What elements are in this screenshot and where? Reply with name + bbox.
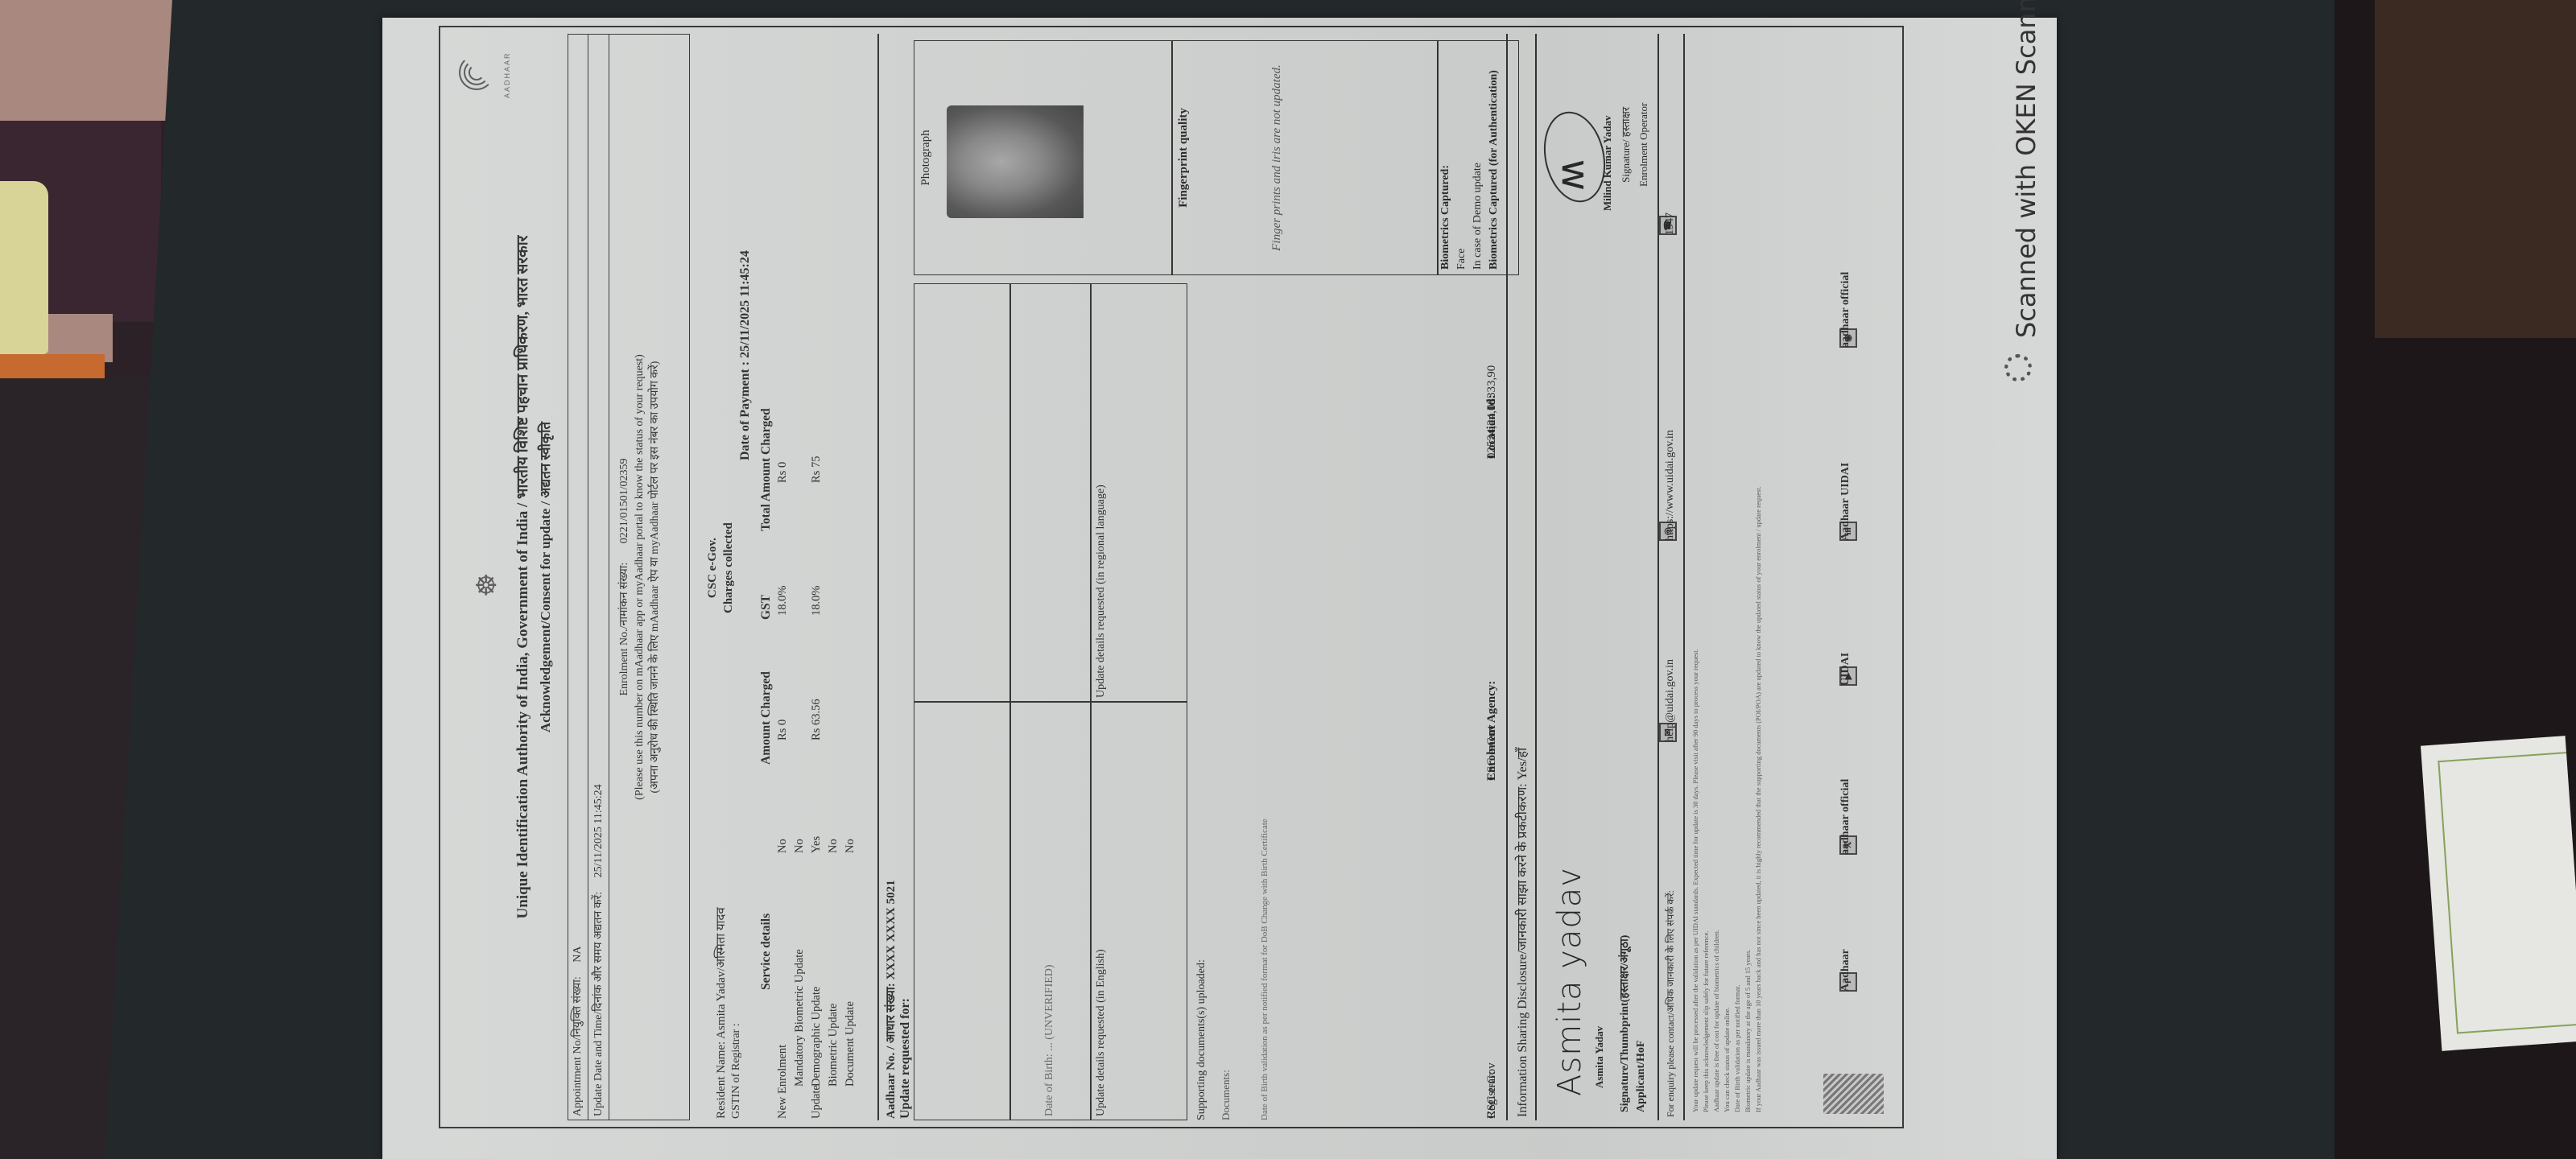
operator-signature-mark: ʍ (1548, 159, 1593, 191)
enrolment-number: 0221/01501/02359 (618, 458, 630, 543)
cell-service: New Enrolment (776, 1045, 790, 1119)
background-object (0, 354, 105, 378)
enrolment-note-hi: (अपना अनुरोध की स्थिति जानने के लिए mAad… (647, 35, 663, 1120)
qr-code (1823, 1074, 1884, 1114)
charges-heading: CSC e-Gov. Charges collected (704, 522, 737, 613)
supporting-docs-label: Supporting documents(s) uploaded: (1195, 959, 1208, 1120)
update-requested-for: Update requested for: (898, 998, 913, 1119)
fingerprint-quality-box: Fingerprint quality Finger prints and ir… (1171, 40, 1439, 275)
header-info-box: Appointment No/नियुक्ति संख्या: NA Updat… (568, 34, 690, 1120)
form-subtitle: Acknowledgement/Consent for update / अद्… (535, 26, 554, 1128)
scanned-document-page: ☸ AADHAAR Unique Identification Authorit… (382, 18, 2057, 1159)
operator-signature-block: ʍ Milind Kumar Yadav Signature/ हस्ताक्ष… (1537, 50, 1657, 235)
documents-label: Documents: (1220, 1070, 1232, 1120)
appointment-row: Appointment No/नियुक्ति संख्या: NA (568, 35, 588, 1120)
cell-selected: Yes (810, 836, 824, 853)
applicant-photo (947, 105, 1084, 218)
cell-selected: No (793, 839, 807, 853)
resident-name-row: Resident Name: Asmita Yadav/अस्मिता यादव (712, 907, 729, 1119)
update-details-grid: Date of Birth: ... (UNVERIFIED) Update d… (914, 283, 1437, 1120)
background-fabric (0, 0, 185, 121)
cell-selected: No (827, 839, 840, 853)
gstin-label: GSTIN of Registrar : (730, 1023, 743, 1119)
aadhaar-number: Aadhaar No. / आधार संख्या: XXXX XXXX 502… (882, 880, 898, 1119)
cell-group: Update (810, 1085, 824, 1119)
table-header-row: Service details Amount Charged GST Total… (759, 314, 776, 1119)
cell-service: Document Update (844, 1001, 857, 1087)
enrolment-block: Enrolment No./नामांकन संख्या: 0221/01501… (617, 35, 663, 1120)
cell-gst: 18.0% (810, 586, 824, 616)
cell-selected: No (844, 839, 857, 853)
background-paper (2421, 736, 2576, 1051)
fine-print-line: Please keep this acknowledgement slip sa… (1701, 66, 1711, 1112)
cell-total: Rs 0 (776, 462, 790, 483)
dob-field: Date of Birth: ... (UNVERIFIED) (1043, 964, 1056, 1116)
applicant-signature-label: Signature/Thumbprint(हस्ताक्षर/अंगूठा) A… (1617, 935, 1649, 1112)
table-row: Document UpdateNo (844, 314, 861, 1119)
information-sharing-disclosure: Information Sharing Disclosure/जानकारी स… (1506, 34, 1537, 1120)
cell-gst: 18.0% (776, 586, 790, 616)
fine-print-notes: Your update request will be processed af… (1690, 66, 1764, 1112)
acknowledgement-form: ☸ AADHAAR Unique Identification Authorit… (439, 26, 1904, 1128)
applicant-name: Asmita Yadav (1593, 1026, 1606, 1088)
update-datetime-value: 25/11/2025 11:45:24 (592, 784, 605, 877)
table-row: UpdateDemographic UpdateYesRs 63.5618.0%… (810, 314, 827, 1119)
resident-name-value: Asmita Yadav/अस्मिता यादव (715, 907, 728, 1039)
background-rug (2375, 0, 2576, 338)
aadhaar-number-box: Aadhaar No. / आधार संख्या: XXXX XXXX 502… (877, 34, 911, 1120)
grid-cell (914, 283, 1010, 702)
table-row: New EnrolmentNoRs 018.0%Rs 0 (776, 314, 793, 1119)
oken-scanner-logo-icon (2004, 354, 2032, 382)
phone-number: 1947 (1659, 212, 1682, 235)
aadhaar-logo-icon: AADHAAR (455, 50, 511, 98)
email-link[interactable]: help@uidai.gov.in (1659, 659, 1682, 742)
photograph-box: Photograph (914, 40, 1173, 275)
payment-date: Date of Payment : 25/11/2025 11:45:24 (738, 250, 753, 460)
grid-cell (1010, 283, 1091, 702)
contact-row: For enquiry please contact/अधिक जानकारी … (1657, 34, 1685, 1120)
applicant-signature: Asmita yadav (1551, 867, 1588, 1096)
fine-print-line: Your update request will be processed af… (1690, 66, 1701, 1112)
cell-amount: Rs 63.56 (810, 699, 824, 740)
resident-name-label: Resident Name: (715, 1041, 728, 1119)
enrolment-label: Enrolment No./नामांकन संख्या: (618, 563, 630, 696)
cell-service: Mandatory Biometric Update (793, 949, 807, 1087)
website-link[interactable]: https://www.uidai.gov.in (1659, 430, 1682, 541)
update-details-english-cell: Update details requested (in English) (1091, 702, 1187, 1120)
cell-service: Biometric Update (827, 1004, 840, 1087)
fine-print-line: You can check status of update online. (1722, 66, 1732, 1112)
table-row: Biometric UpdateNo (827, 314, 844, 1119)
dob-validation-note: Date of Birth validation as per notified… (1260, 819, 1269, 1120)
update-details-regional-cell: Update details requested (in regional la… (1091, 283, 1187, 702)
operator-name: Milind Kumar Yadav (1601, 116, 1614, 211)
fine-print-line: Aadhaar update is free of cost for updat… (1711, 66, 1722, 1112)
operator-signature-label: Signature/ हस्ताक्षर Enrolment Operator (1617, 103, 1653, 187)
fine-print-line: If your Aadhaar was issued more than 10 … (1753, 66, 1764, 1112)
government-emblem-icon: ☸ (471, 573, 503, 597)
scanner-watermark: Scanned with OKEN Scanner (2003, 0, 2051, 346)
grid-cell (914, 702, 1010, 1120)
update-datetime-label: Update Date and Time/दिनांक और समय अद्यत… (592, 892, 605, 1116)
fine-print-line: Biometric update is mandatory at the age… (1743, 66, 1753, 1112)
appointment-label: Appointment No/नियुक्ति संख्या: (572, 976, 584, 1116)
appointment-value: NA (572, 946, 584, 962)
fine-print-line: Date of Birth validation as per notified… (1732, 66, 1743, 1112)
update-datetime-row: Update Date and Time/दिनांक और समय अद्यत… (589, 35, 609, 1120)
cell-selected: No (776, 839, 790, 853)
cell-total: Rs 75 (810, 456, 824, 483)
fingerprint-note: Finger prints and iris are not updated. (1269, 41, 1285, 274)
background-cup (0, 181, 48, 354)
enrolment-note-en: (Please use this number on mAadhaar app … (632, 35, 647, 1120)
cell-amount: Rs 0 (776, 720, 790, 740)
table-row: Mandatory Biometric UpdateNo (793, 314, 810, 1119)
agency-name: CSC e-Gov. (704, 522, 720, 613)
dob-cell: Date of Birth: ... (UNVERIFIED) (1010, 702, 1091, 1120)
service-charges-table: Service details Amount Charged GST Total… (759, 314, 861, 1119)
authority-title: Unique Identification Authority of India… (511, 26, 532, 1128)
charges-collected-label: Charges collected (720, 522, 737, 613)
cell-service: Demographic Update (810, 987, 824, 1087)
signature-area: Asmita yadav Asmita Yadav Signature/Thum… (1537, 34, 1657, 1120)
